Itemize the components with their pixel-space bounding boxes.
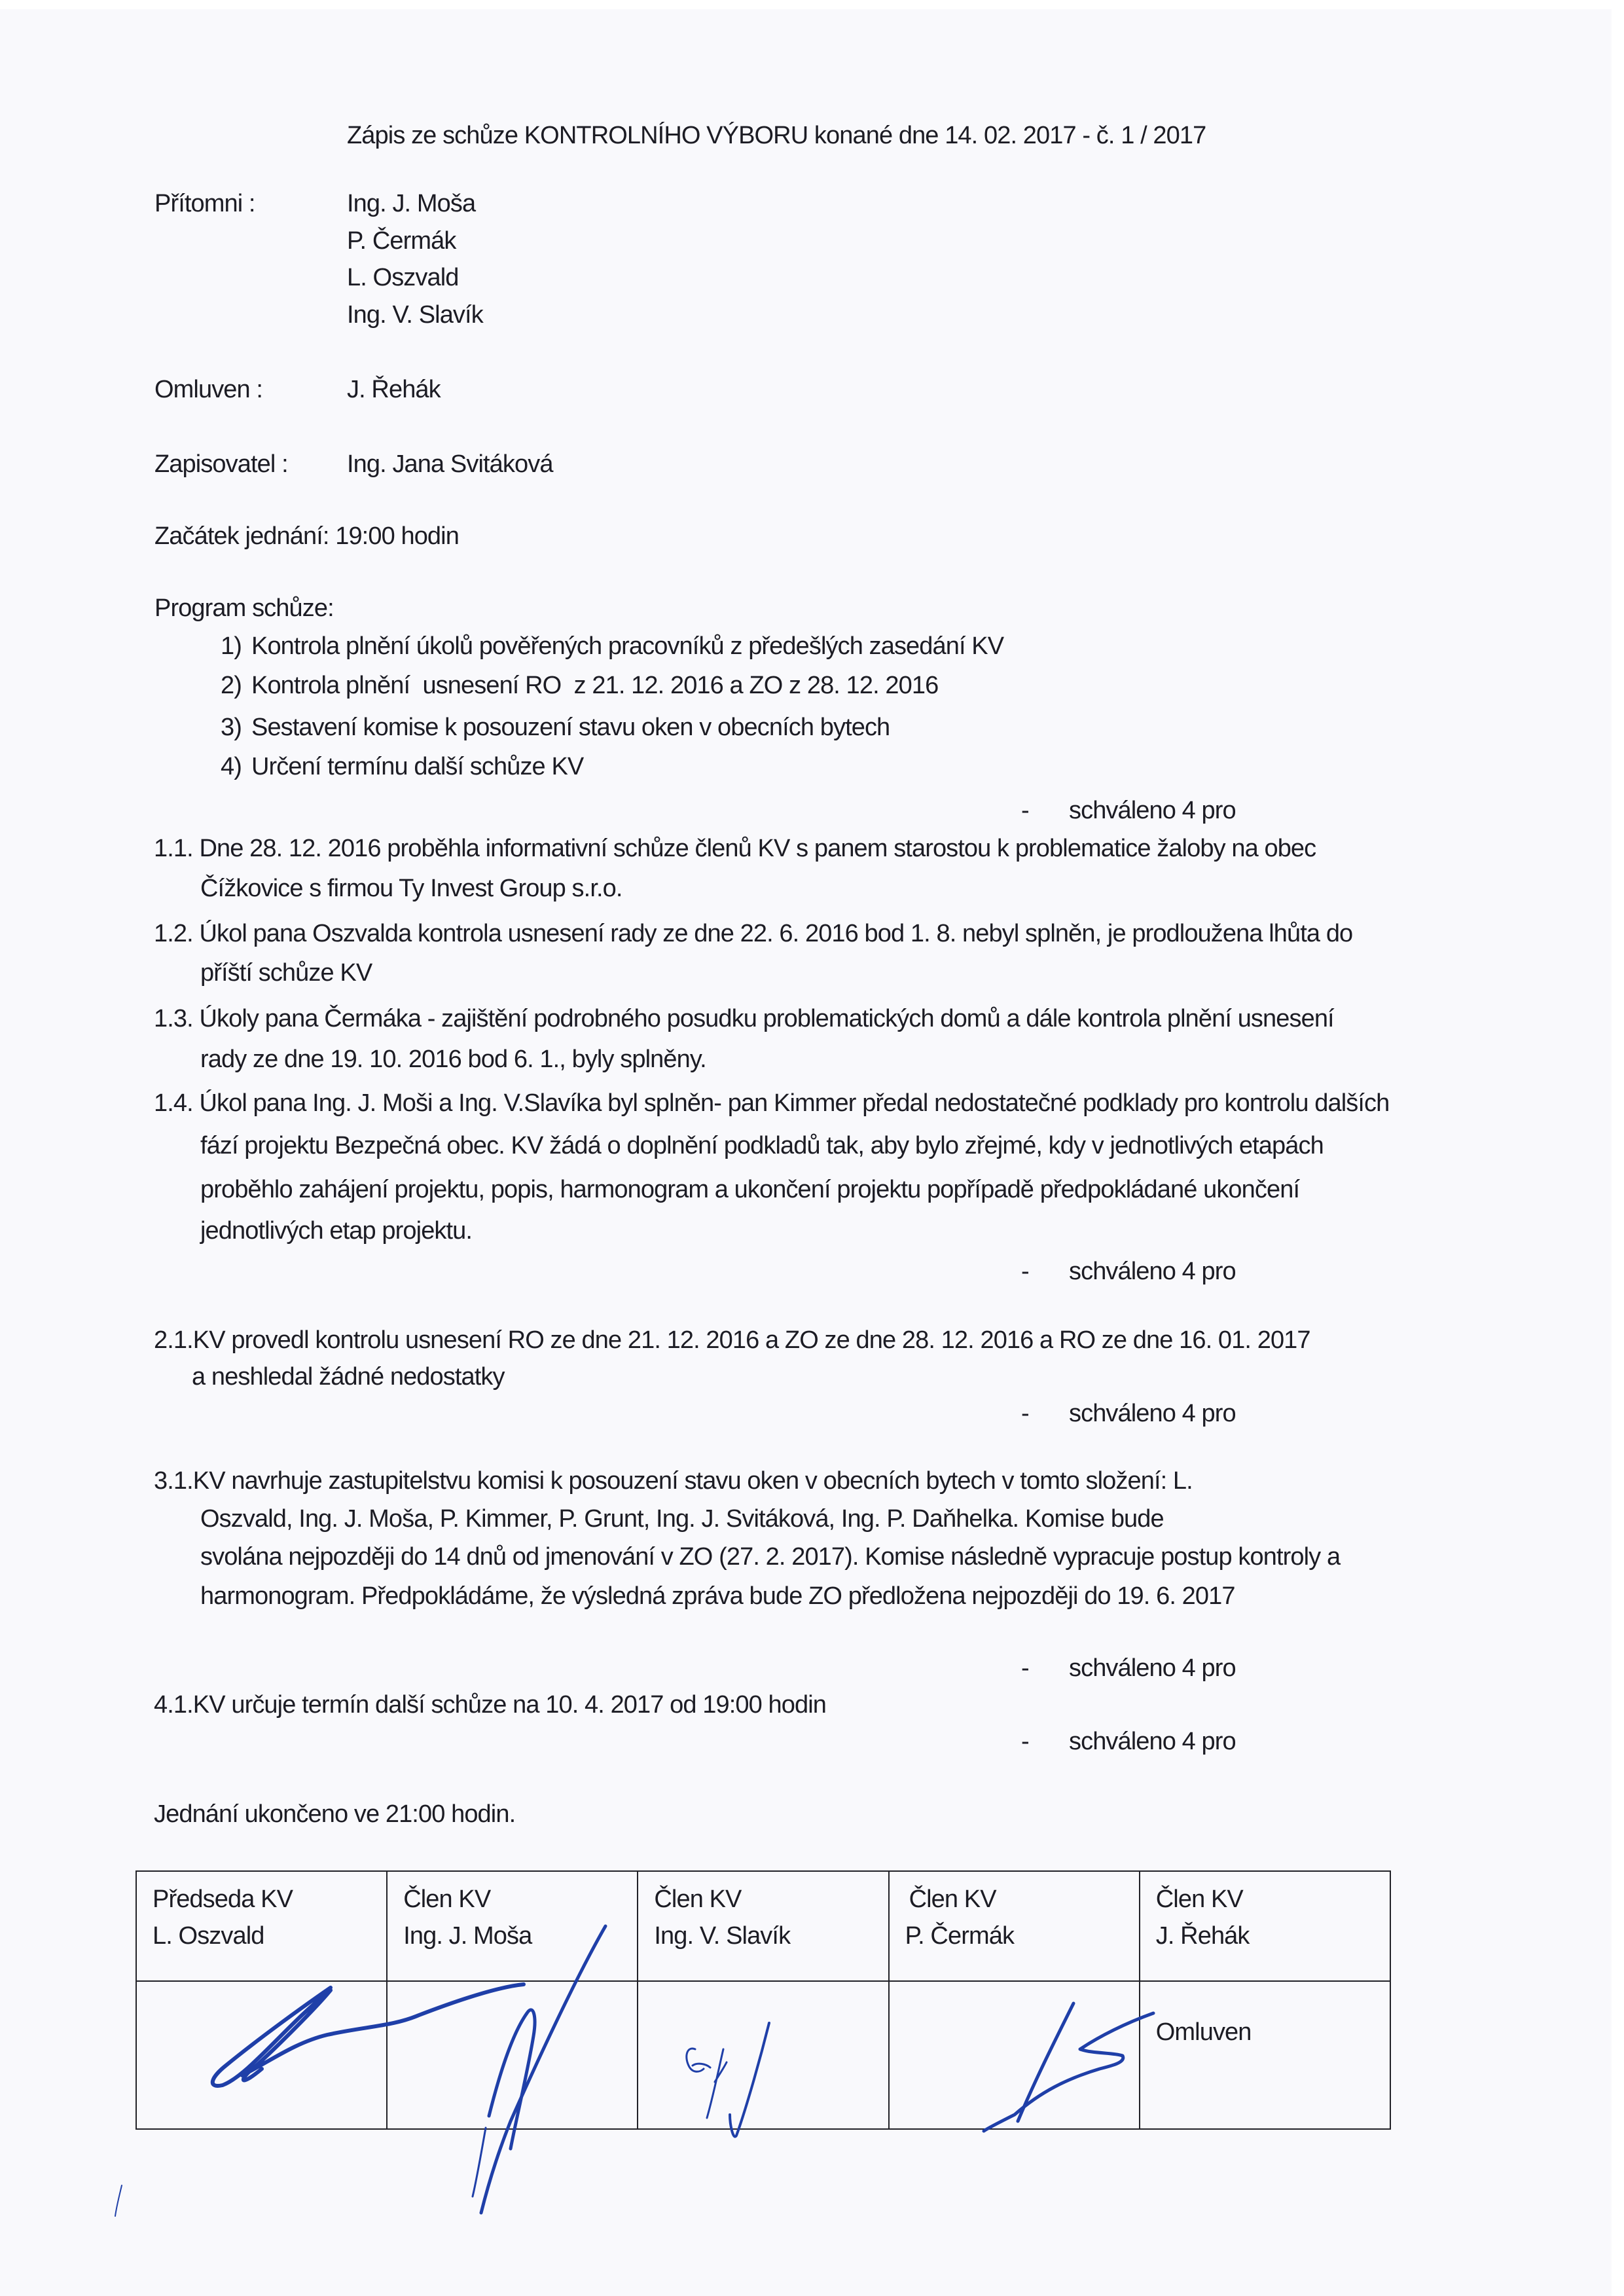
point-1-4-cont: jednotlivých etap projektu.: [200, 1218, 472, 1243]
program-item-number: 3): [221, 715, 242, 740]
present-member: Ing. J. Moša: [347, 191, 475, 216]
program-heading: Program schůze:: [154, 596, 334, 621]
approval-note: schváleno 4 pro: [1069, 1656, 1236, 1681]
recorder-name: Ing. Jana Svitáková: [347, 452, 553, 477]
signatory-role: Člen KV: [1140, 1872, 1390, 1918]
approval-note: schváleno 4 pro: [1069, 798, 1236, 823]
point-3-1-cont: svolána nejpozději do 14 dnů od jmenován…: [200, 1544, 1340, 1569]
approval-dash: -: [1021, 1401, 1029, 1426]
excused-note: Omluven: [1140, 1982, 1390, 2047]
point-3-1: 3.1.KV navrhuje zastupitelstvu komisi k …: [154, 1468, 1193, 1493]
signatory-name: J. Řehák: [1140, 1918, 1390, 1954]
point-1-1: 1.1. Dne 28. 12. 2016 proběhla informati…: [154, 836, 1316, 861]
point-1-3-cont: rady ze dne 19. 10. 2016 bod 6. 1., byly…: [200, 1047, 706, 1072]
point-1-4: 1.4. Úkol pana Ing. J. Moši a Ing. V.Sla…: [154, 1091, 1389, 1116]
approval-dash: -: [1021, 798, 1029, 823]
signature-cell: Omluven: [1140, 1981, 1390, 2129]
signatory-role: Člen KV: [388, 1872, 637, 1918]
point-1-2-cont: příští schůze KV: [200, 960, 372, 985]
approval-dash: -: [1021, 1259, 1029, 1284]
present-member: Ing. V. Slavík: [347, 302, 483, 327]
point-1-3: 1.3. Úkoly pana Čermáka - zajištění podr…: [154, 1006, 1334, 1031]
program-item-number: 4): [221, 754, 242, 779]
point-1-4-cont: proběhlo zahájení projektu, popis, harmo…: [200, 1177, 1299, 1202]
point-1-1-cont: Čížkovice s firmou Ty Invest Group s.r.o…: [200, 876, 623, 901]
point-4-1: 4.1.KV určuje termín další schůze na 10.…: [154, 1692, 826, 1717]
signature-header-row: Předseda KV L. Oszvald Člen KV Ing. J. M…: [136, 1871, 1390, 1981]
program-item: Kontrola plnění usnesení RO z 21. 12. 20…: [251, 673, 938, 698]
approval-dash: -: [1021, 1656, 1029, 1681]
point-2-1: 2.1.KV provedl kontrolu usnesení RO ze d…: [154, 1328, 1310, 1353]
present-label: Přítomni :: [154, 191, 255, 216]
program-item-number: 2): [221, 673, 242, 698]
signatory-name: L. Oszvald: [137, 1918, 386, 1954]
signature-cell-header: Člen KV Ing. V. Slavík: [638, 1871, 888, 1981]
excused-label: Omluven :: [154, 377, 262, 402]
signature-table: Předseda KV L. Oszvald Člen KV Ing. J. M…: [135, 1870, 1391, 2130]
point-3-1-cont: harmonogram. Předpokládáme, že výsledná …: [200, 1584, 1235, 1609]
program-item-number: 1): [221, 634, 242, 659]
signatory-role: Předseda KV: [137, 1872, 386, 1918]
signatory-role: Člen KV: [638, 1872, 888, 1918]
program-item: Určení termínu další schůze KV: [251, 754, 583, 779]
approval-note: schváleno 4 pro: [1069, 1259, 1236, 1284]
present-member: P. Čermák: [347, 228, 456, 253]
signature-row: Omluven: [136, 1981, 1390, 2129]
excused-member: J. Řehák: [347, 377, 441, 402]
approval-note: schváleno 4 pro: [1069, 1729, 1236, 1754]
signatory-name: P. Čermák: [890, 1918, 1139, 1954]
approval-note: schváleno 4 pro: [1069, 1401, 1236, 1426]
signature-cell-header: Člen KV J. Řehák: [1140, 1871, 1390, 1981]
signatory-role: Člen KV: [890, 1872, 1139, 1918]
document-title: Zápis ze schůze KONTROLNÍHO VÝBORU konan…: [347, 123, 1206, 148]
program-item: Kontrola plnění úkolů pověřených pracovn…: [251, 634, 1003, 659]
signature-cell: [136, 1981, 387, 2129]
point-1-2: 1.2. Úkol pana Oszvalda kontrola usnesen…: [154, 921, 1352, 946]
present-member: L. Oszvald: [347, 265, 459, 290]
point-3-1-cont: Oszvald, Ing. J. Moša, P. Kimmer, P. Gru…: [200, 1506, 1164, 1531]
point-1-4-cont: fází projektu Bezpečná obec. KV žádá o d…: [200, 1133, 1324, 1158]
signature-cell-header: Člen KV P. Čermák: [889, 1871, 1140, 1981]
recorder-label: Zapisovatel :: [154, 452, 288, 477]
program-item: Sestavení komise k posouzení stavu oken …: [251, 715, 890, 740]
signatory-name: Ing. V. Slavík: [638, 1918, 888, 1954]
signature-cell: [638, 1981, 888, 2129]
signature-cell: [889, 1981, 1140, 2129]
signature-cell-header: Předseda KV L. Oszvald: [136, 1871, 387, 1981]
meeting-start: Začátek jednání: 19:00 hodin: [154, 524, 459, 549]
meeting-end: Jednání ukončeno ve 21:00 hodin.: [154, 1802, 515, 1827]
signature-cell: [387, 1981, 638, 2129]
approval-dash: -: [1021, 1729, 1029, 1754]
signature-cell-header: Člen KV Ing. J. Moša: [387, 1871, 638, 1981]
signatory-name: Ing. J. Moša: [388, 1918, 637, 1954]
point-2-1-cont: a neshledal žádné nedostatky: [192, 1364, 505, 1389]
